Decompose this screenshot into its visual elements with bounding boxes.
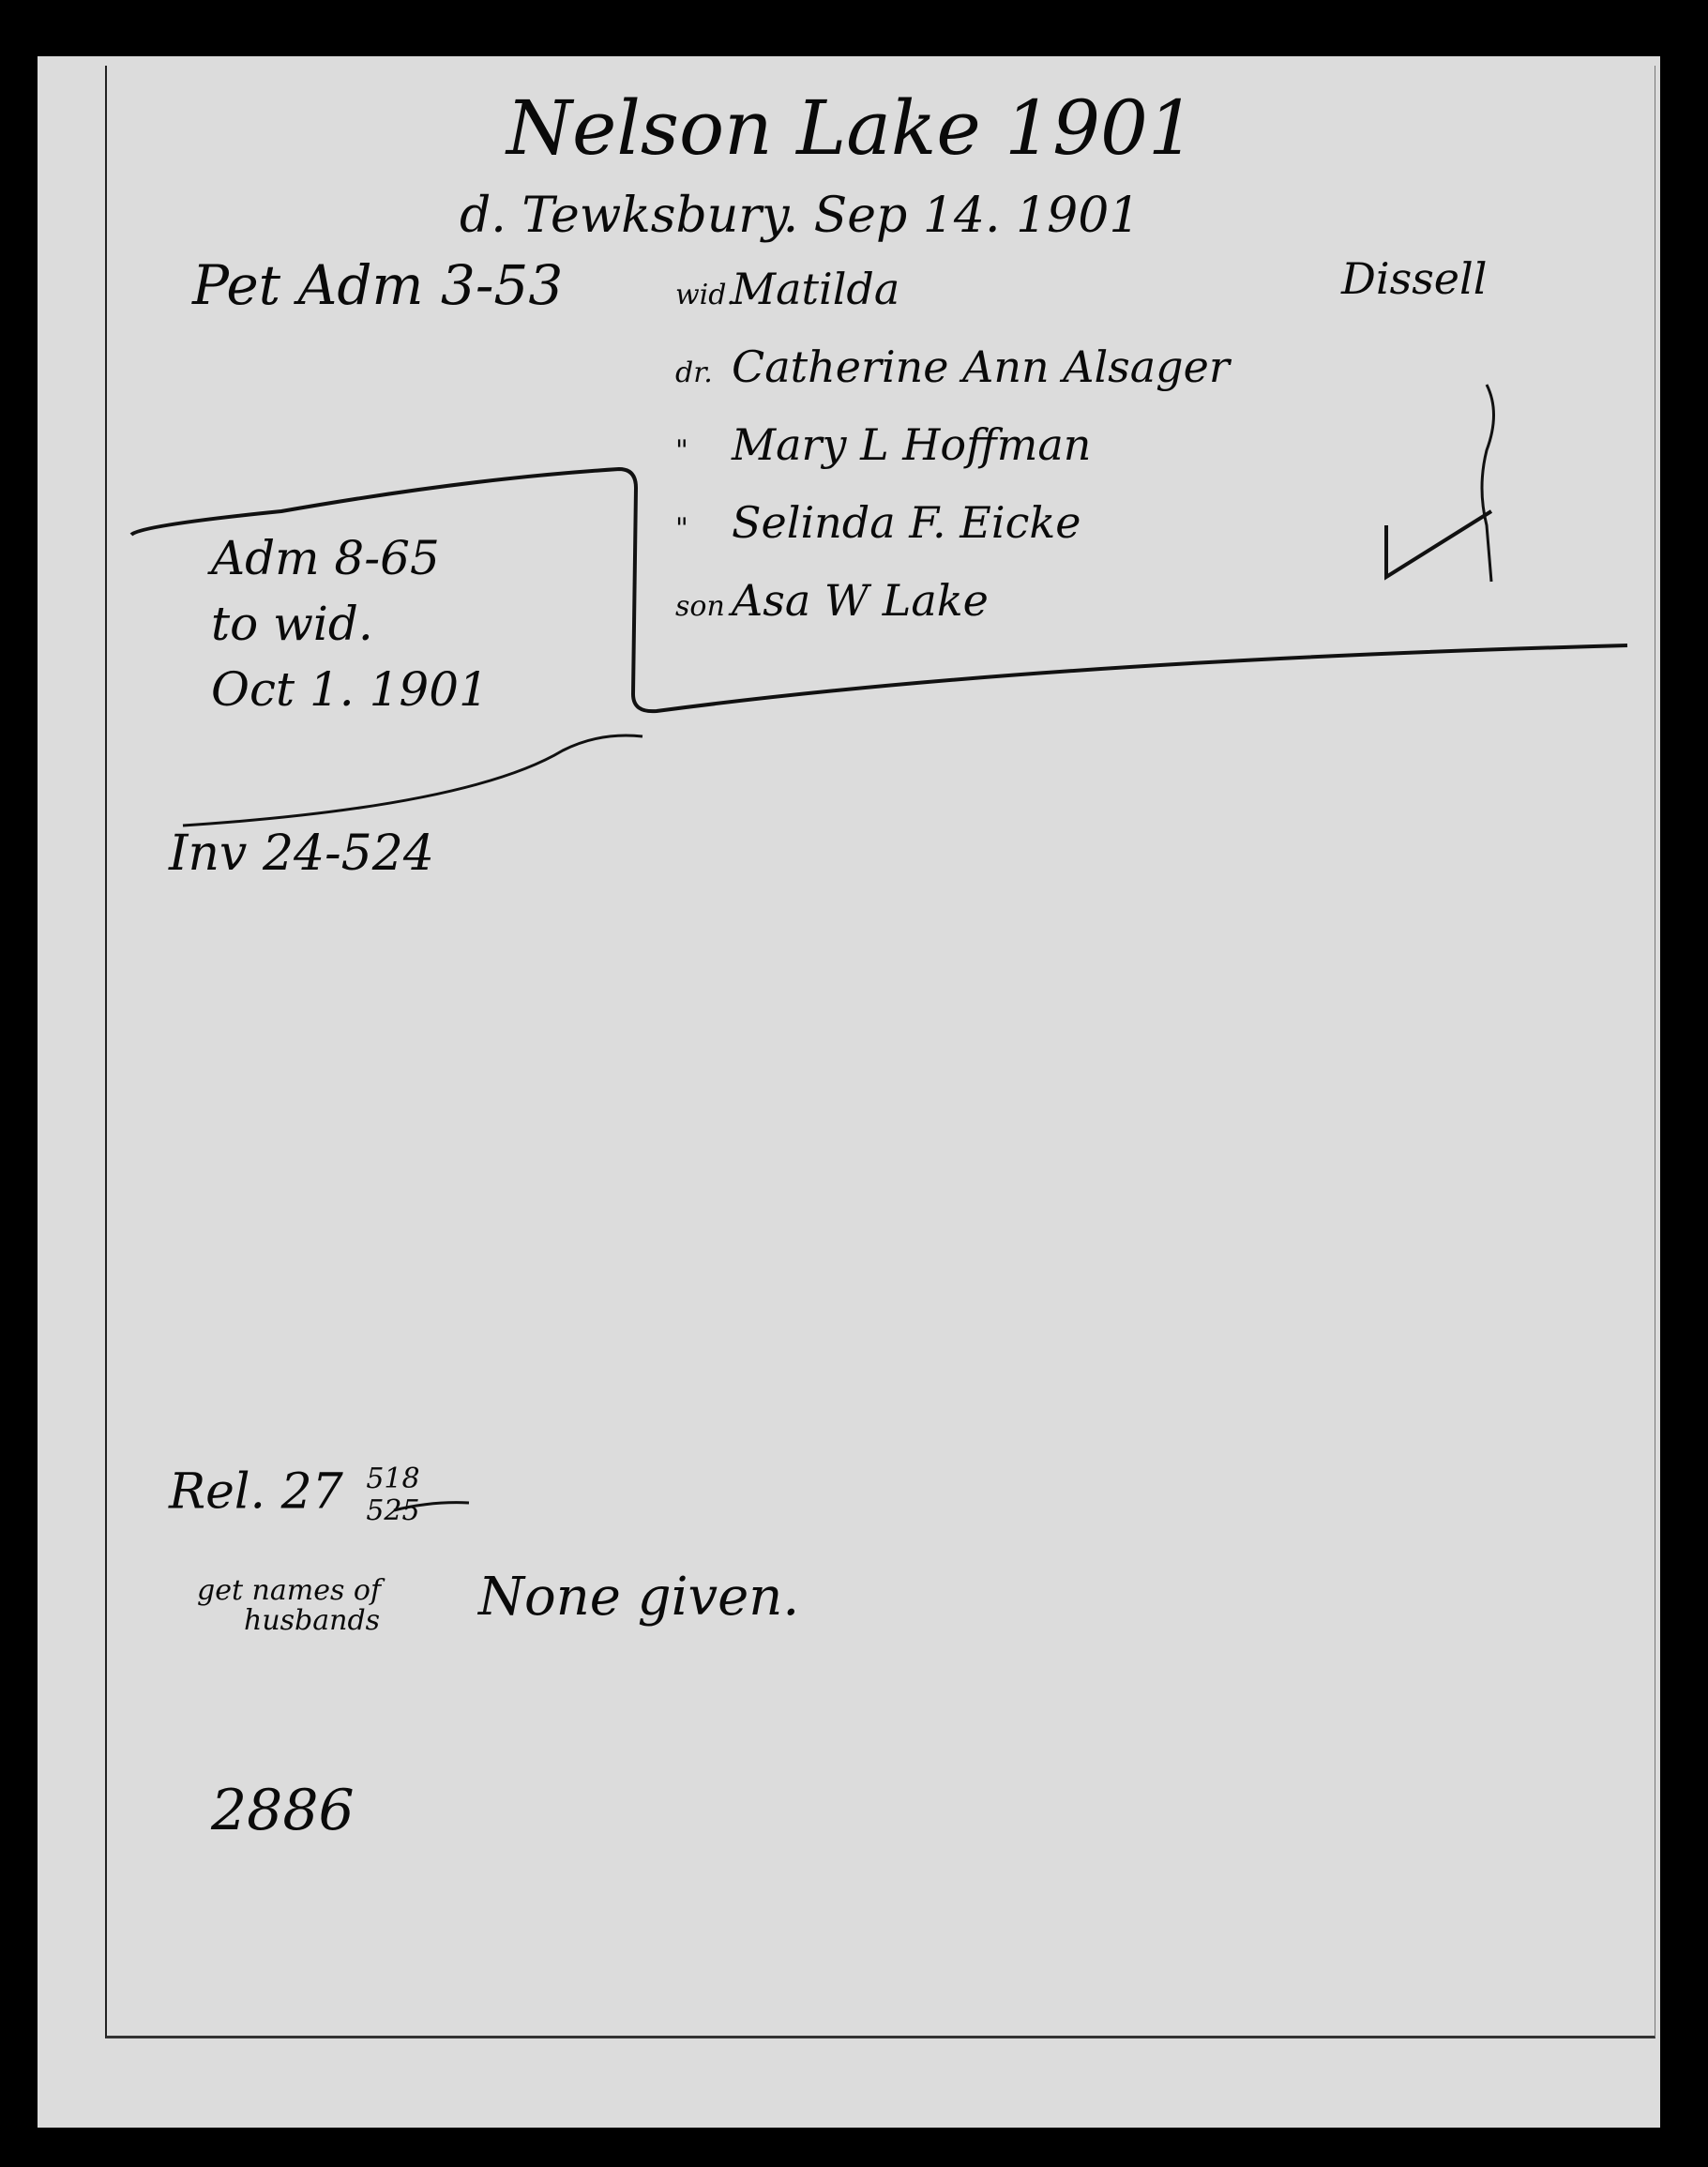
adm-reference: Adm 8-65: [211, 525, 489, 591]
heir-item: "Selinda F. Eicke: [675, 487, 1230, 565]
document-title: Nelson Lake 1901: [506, 84, 1196, 172]
release-label: Rel. 27: [169, 1464, 343, 1521]
note-result: None given.: [478, 1567, 799, 1628]
heirs-list: wid.Matilda dr.Catherine Ann Alsager "Ma…: [675, 253, 1230, 643]
heir-item: wid.Matilda: [675, 253, 1230, 331]
file-number: 2886: [211, 1778, 355, 1843]
inventory-reference: Inv 24-524: [169, 826, 434, 882]
administration-box: Adm 8-65 to wid. Oct 1. 1901: [211, 525, 489, 722]
release-reference: Rel. 27 518 525: [169, 1463, 420, 1527]
death-place-date: d. Tewksbury. Sep 14. 1901: [460, 188, 1140, 244]
heir-item: "Mary L Hoffman: [675, 409, 1230, 487]
note-instruction: get names of husbands: [197, 1576, 381, 1636]
heir-item: sonAsa W Lake: [675, 565, 1230, 643]
release-pages: 518 525: [366, 1463, 419, 1527]
adm-date: Oct 1. 1901: [211, 657, 489, 722]
heir-item: dr.Catherine Ann Alsager: [675, 331, 1230, 409]
adm-to: to wid.: [211, 591, 489, 657]
pet-adm-reference: Pet Adm 3-53: [192, 253, 563, 317]
annotation-right: Dissell: [1341, 253, 1487, 304]
